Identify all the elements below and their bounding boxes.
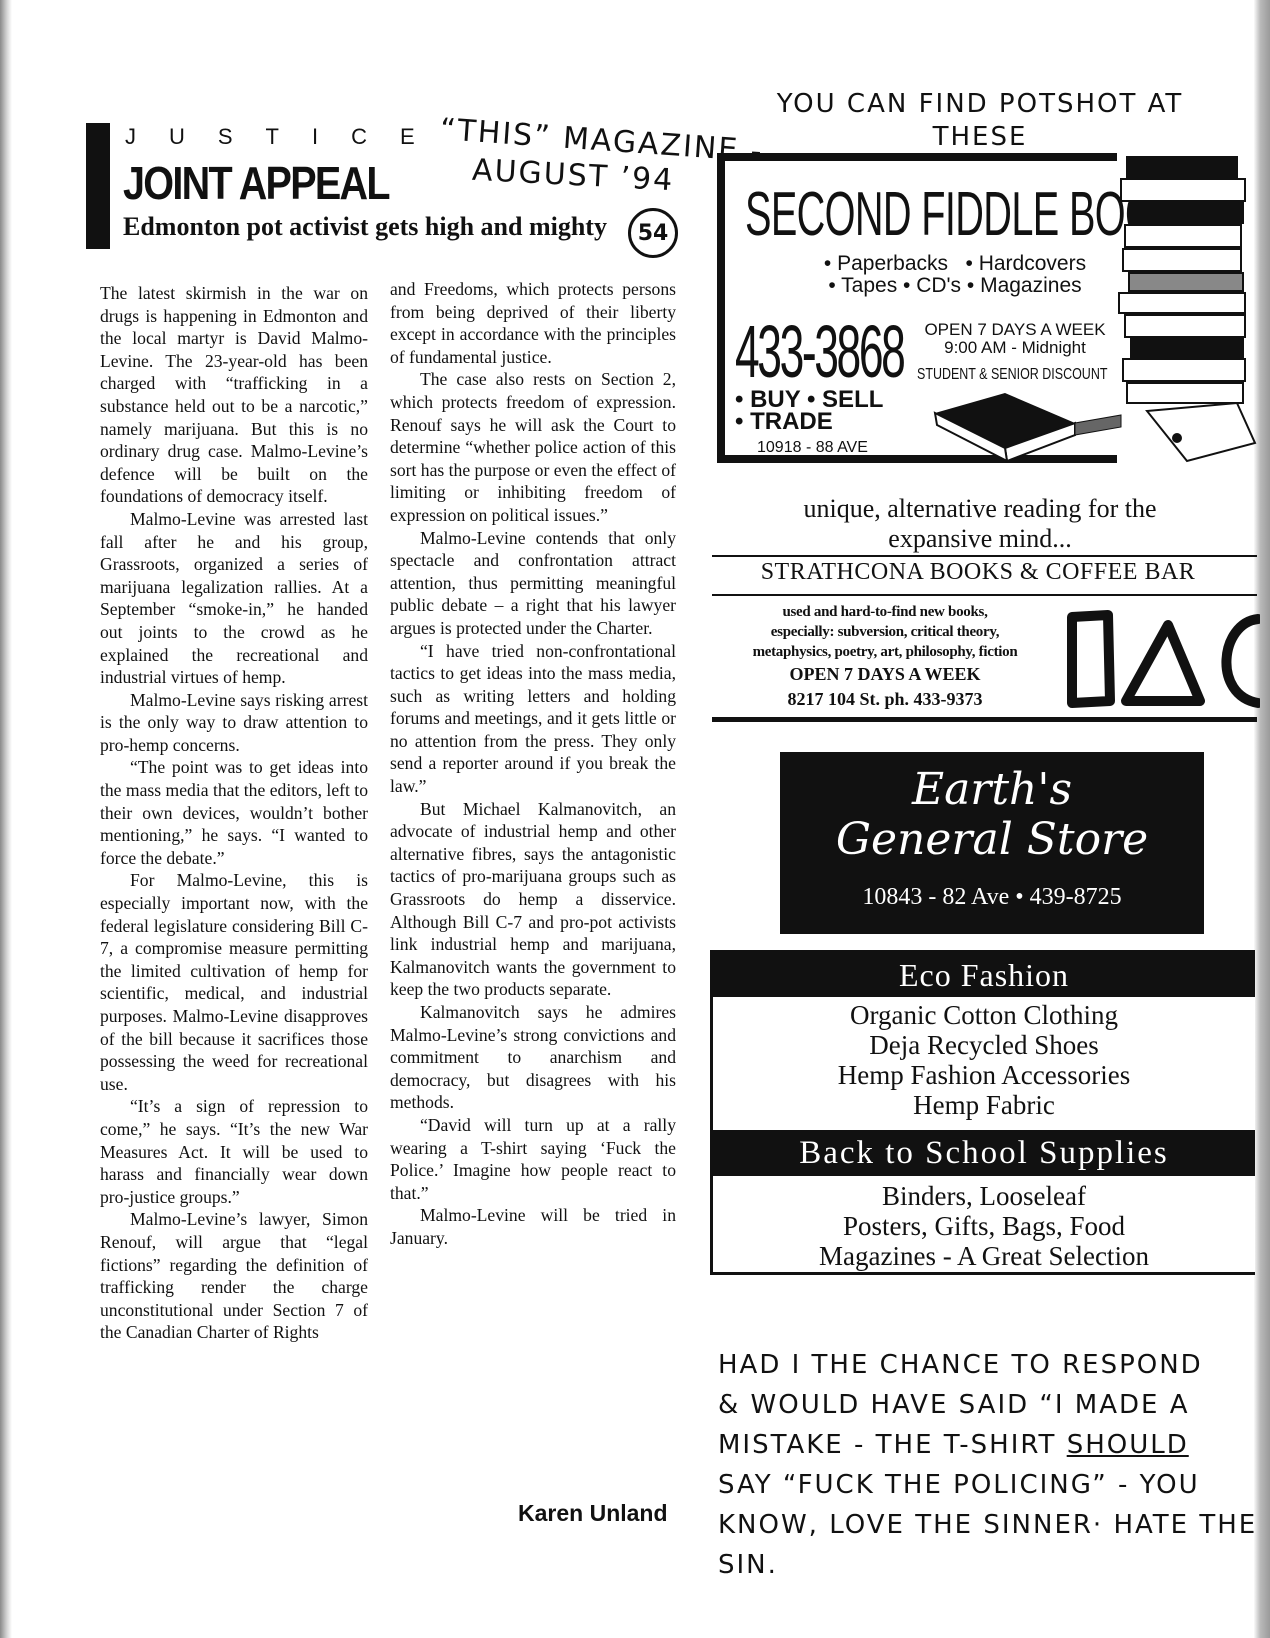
divider (712, 717, 1257, 722)
ad-hours: OPEN 7 DAYS A WEEK 9:00 AM - Midnight (915, 321, 1115, 357)
note-line: YOU CAN FIND POTSHOT AT THESE (740, 88, 1220, 154)
ad-strathcona-name: STRATHCONA BOOKS & COFFEE BAR (718, 559, 1238, 586)
note-line: MISTAKE - THE T-SHIRT SHOULD (718, 1425, 1258, 1465)
list-item: Organic Cotton Clothing (713, 1000, 1255, 1030)
paragraph: Kalmanovitch says he admires Malmo-Levin… (390, 1001, 676, 1114)
ad-earth-address: 10843 - 82 Ave • 439-8725 (780, 884, 1204, 911)
handwritten-page-number: 54 (628, 208, 678, 258)
note-underlined-word: SHOULD (1067, 1430, 1189, 1460)
paragraph: Malmo-Levine says risking arrest is the … (100, 689, 368, 757)
address: 8217 104 St. ph. 433-9373 (712, 687, 1058, 712)
ad-school-header: Back to School Supplies (713, 1130, 1255, 1176)
paragraph: Malmo-Levine was arrested last fall afte… (100, 508, 368, 689)
headline: JOINT APPEAL (123, 156, 389, 210)
handwritten-response-note: HAD I THE CHANCE TO RESPOND & WOULD HAVE… (718, 1345, 1258, 1585)
paragraph: Malmo-Levine will be tried in January. (390, 1204, 676, 1249)
ad-school-list: Binders, Looseleaf Posters, Gifts, Bags,… (713, 1181, 1255, 1271)
ad-items-line: • Tapes • CD's • Magazines (795, 275, 1115, 297)
ad-buy-sell-trade: • BUY • SELL • TRADE (735, 389, 883, 433)
ad-items-line: • Paperbacks • Hardcovers (795, 253, 1115, 275)
note-line: HAD I THE CHANCE TO RESPOND (718, 1345, 1258, 1385)
paragraph: Malmo-Levine’s lawyer, Simon Renouf, wil… (100, 1208, 368, 1344)
section-kicker: JUSTICE (125, 124, 448, 150)
paragraph: “It’s a sign of repression to come,” he … (100, 1095, 368, 1208)
article-column-2: and Freedoms, which protects persons fro… (390, 278, 676, 1250)
ad-phone: 433-3868 (735, 309, 903, 394)
ad-earths-general-store: Earth's General Store 10843 - 82 Ave • 4… (780, 752, 1204, 934)
book-illustration-icon (925, 393, 1125, 463)
ad-eco-header: Eco Fashion (713, 953, 1255, 997)
book-stack-icon (1117, 153, 1257, 465)
tagline-line: unique, alternative reading for the (740, 494, 1220, 524)
paragraph: and Freedoms, which protects persons fro… (390, 278, 676, 368)
ad-second-fiddle-books: SECOND FIDDLE BOOKS • Paperbacks • Hardc… (717, 153, 1117, 463)
paragraph: “I have tried non-confrontational tactic… (390, 640, 676, 798)
ad-eco-fashion: Eco Fashion Organic Cotton Clothing Deja… (710, 950, 1255, 1275)
ad-strathcona-details: used and hard-to-find new books, especia… (712, 602, 1058, 712)
ad-buy-line: • TRADE (735, 411, 883, 433)
desc-line: especially: subversion, critical theory, (712, 622, 1058, 642)
divider (712, 555, 1257, 557)
tagline-line: expansive mind... (740, 524, 1220, 554)
list-item: Hemp Fashion Accessories (713, 1060, 1255, 1090)
list-item: Hemp Fabric (713, 1090, 1255, 1120)
page-edge-shadow-left (0, 0, 12, 1638)
divider (712, 594, 1257, 596)
ad-hours-line: OPEN 7 DAYS A WEEK (915, 321, 1115, 339)
byline: Karen Unland (518, 1500, 668, 1527)
paragraph: Malmo-Levine contends that only spectacl… (390, 527, 676, 640)
ad-earth-line1: Earth's (780, 764, 1204, 815)
ad-earth-line2: General Store (780, 814, 1204, 865)
desc-line: metaphysics, poetry, art, philosophy, fi… (712, 642, 1058, 662)
list-item: Deja Recycled Shoes (713, 1030, 1255, 1060)
ad-eco-list: Organic Cotton Clothing Deja Recycled Sh… (713, 1000, 1255, 1120)
strathcona-logo-icon (1060, 605, 1260, 715)
hours: OPEN 7 DAYS A WEEK (712, 662, 1058, 687)
note-line: & WOULD HAVE SAID “I MADE A (718, 1385, 1258, 1425)
list-item: Posters, Gifts, Bags, Food (713, 1211, 1255, 1241)
ad-strathcona-tagline: unique, alternative reading for the expa… (740, 494, 1220, 554)
list-item: Magazines - A Great Selection (713, 1241, 1255, 1271)
desc-line: used and hard-to-find new books, (712, 602, 1058, 622)
note-line: SAY “FUCK THE POLICING” - YOU (718, 1465, 1258, 1505)
note-line: KNOW, LOVE THE SINNER· HATE THE SIN. (718, 1505, 1258, 1585)
article-column-1: The latest skirmish in the war on drugs … (100, 282, 368, 1344)
ad-address: 10918 - 88 AVE (757, 439, 868, 457)
list-item: Binders, Looseleaf (713, 1181, 1255, 1211)
paragraph: “The point was to get ideas into the mas… (100, 756, 368, 869)
ad-discount: STUDENT & SENIOR DISCOUNT (917, 366, 1107, 384)
deck: Edmonton pot activist gets high and migh… (123, 212, 607, 242)
paragraph: For Malmo-Levine, this is especially imp… (100, 869, 368, 1095)
section-bar (86, 123, 110, 249)
paragraph: But Michael Kalmanovitch, an advocate of… (390, 798, 676, 1001)
paragraph: The latest skirmish in the war on drugs … (100, 282, 368, 508)
ad-hours-line: 9:00 AM - Midnight (915, 339, 1115, 357)
paragraph: “David will turn up at a rally wearing a… (390, 1114, 676, 1204)
note-text: MISTAKE - THE T-SHIRT (718, 1430, 1067, 1460)
ad-items: • Paperbacks • Hardcovers • Tapes • CD's… (795, 253, 1115, 297)
paragraph: The case also rests on Section 2, which … (390, 368, 676, 526)
